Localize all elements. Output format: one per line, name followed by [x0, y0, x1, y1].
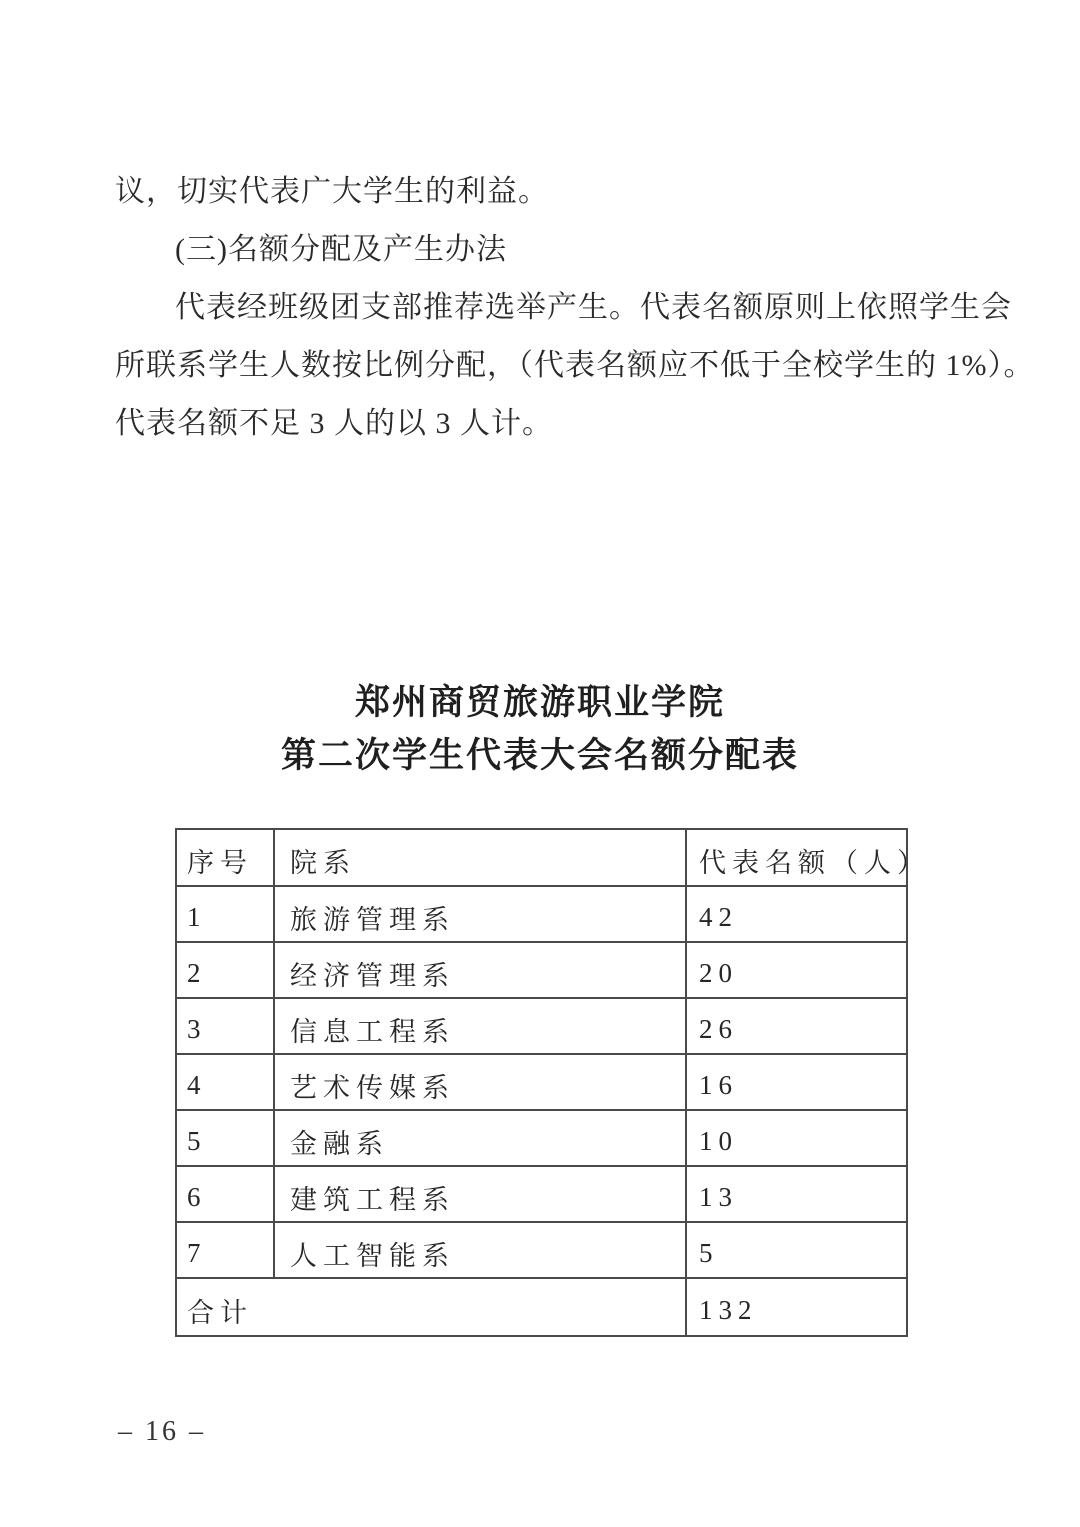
paragraph-line: 代表名额不足 3 人的以 3 人计。 — [115, 395, 983, 453]
header-cell-dept: 院系 — [274, 829, 686, 886]
table-row: 6 建筑工程系 13 — [176, 1166, 907, 1222]
cell-no: 7 — [176, 1222, 274, 1278]
cell-quota: 10 — [686, 1110, 907, 1166]
total-value-cell: 132 — [686, 1278, 907, 1336]
cell-quota: 20 — [686, 942, 907, 998]
cell-dept: 经济管理系 — [274, 942, 686, 998]
cell-quota: 42 — [686, 886, 907, 942]
paragraph-line: 所联系学生人数按比例分配，（代表名额应不低于全校学生的 1%）。 — [115, 337, 983, 395]
table-row: 5 金融系 10 — [176, 1110, 907, 1166]
cell-dept: 信息工程系 — [274, 998, 686, 1054]
header-cell-quota: 代表名额（人） — [686, 829, 907, 886]
cell-quota: 26 — [686, 998, 907, 1054]
cell-no: 2 — [176, 942, 274, 998]
table-title-line1: 郑州商贸旅游职业学院 — [0, 676, 1080, 729]
paragraph-line: 代表经班级团支部推荐选举产生。代表名额原则上依照学生会 — [115, 279, 983, 337]
cell-quota: 16 — [686, 1054, 907, 1110]
total-label-cell: 合计 — [176, 1278, 686, 1336]
table-total-row: 合计 132 — [176, 1278, 907, 1336]
table-title: 郑州商贸旅游职业学院 第二次学生代表大会名额分配表 — [0, 676, 1080, 782]
paragraph-line: (三)名额分配及产生办法 — [115, 221, 983, 279]
cell-quota: 13 — [686, 1166, 907, 1222]
page-number: – 16 – — [118, 1416, 206, 1448]
cell-no: 4 — [176, 1054, 274, 1110]
table-header-row: 序号 院系 代表名额（人） — [176, 829, 907, 886]
cell-quota: 5 — [686, 1222, 907, 1278]
table-row: 2 经济管理系 20 — [176, 942, 907, 998]
document-page: 议，切实代表广大学生的利益。 (三)名额分配及产生办法 代表经班级团支部推荐选举… — [0, 0, 1080, 1527]
cell-dept: 艺术传媒系 — [274, 1054, 686, 1110]
table-row: 1 旅游管理系 42 — [176, 886, 907, 942]
paragraph-line: 议，切实代表广大学生的利益。 — [115, 163, 983, 221]
table-title-line2: 第二次学生代表大会名额分配表 — [0, 729, 1080, 782]
cell-dept: 旅游管理系 — [274, 886, 686, 942]
cell-dept: 建筑工程系 — [274, 1166, 686, 1222]
quota-table: 序号 院系 代表名额（人） 1 旅游管理系 42 2 经济管理系 20 3 信息… — [175, 828, 908, 1337]
cell-no: 3 — [176, 998, 274, 1054]
header-cell-no: 序号 — [176, 829, 274, 886]
cell-no: 6 — [176, 1166, 274, 1222]
paragraph-block: 议，切实代表广大学生的利益。 (三)名额分配及产生办法 代表经班级团支部推荐选举… — [115, 163, 983, 453]
cell-no: 1 — [176, 886, 274, 942]
table-row: 4 艺术传媒系 16 — [176, 1054, 907, 1110]
cell-dept: 金融系 — [274, 1110, 686, 1166]
table-row: 7 人工智能系 5 — [176, 1222, 907, 1278]
cell-no: 5 — [176, 1110, 274, 1166]
table-row: 3 信息工程系 26 — [176, 998, 907, 1054]
cell-dept: 人工智能系 — [274, 1222, 686, 1278]
